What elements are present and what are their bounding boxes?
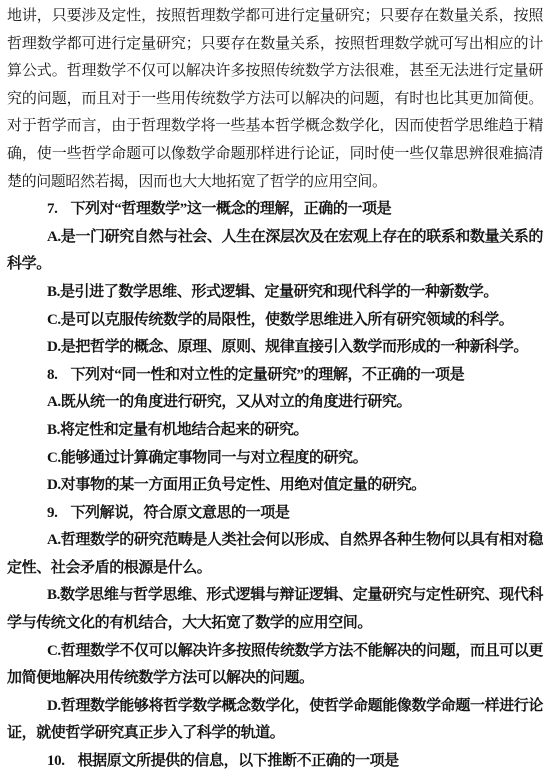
- question-8-number: 8.: [47, 367, 57, 383]
- scanned-exam-page: 地讲，只要涉及定性，按照哲理数学都可进行定量研究；只要存在数量关系，按照哲理数学…: [0, 0, 550, 778]
- question-9-option-c: C.哲理数学不仅可以解决许多按照传统数学方法不能解决的问题，而且可以更加简便地解…: [7, 638, 543, 693]
- question-9-option-a: A.哲理数学的研究范畴是人类社会何以形成、自然界各种生物何以具有相对稳定性、社会…: [7, 527, 543, 582]
- question-7-number: 7.: [47, 201, 57, 217]
- question-7-option-a: A.是一门研究自然与社会、人生在深层次及在宏观上存在的联系和数量关系的科学。: [7, 224, 543, 279]
- question-8-text: 下列对“同一性和对立性的定量研究”的理解，不正确的一项是: [70, 367, 464, 383]
- question-7-option-d: D.是把哲学的概念、原理、原则、规律直接引入数学而形成的一种新科学。: [7, 334, 543, 362]
- question-7-stem: 7.下列对“哲理数学”这一概念的理解，正确的一项是: [7, 196, 543, 224]
- question-9-stem: 9.下列解说，符合原文意思的一项是: [7, 500, 543, 528]
- question-10-number: 10.: [47, 753, 65, 769]
- question-10-text: 根据原文所提供的信息，以下推断不正确的一项是: [78, 753, 399, 769]
- question-9-number: 9.: [47, 505, 57, 521]
- question-9-option-b: B.数学思维与哲学思维、形式逻辑与辩证逻辑、定量研究与定性研究、现代科学与传统文…: [7, 582, 543, 637]
- question-7-block: 7.下列对“哲理数学”这一概念的理解，正确的一项是 A.是一门研究自然与社会、人…: [7, 196, 543, 362]
- question-10-block: 10.根据原文所提供的信息，以下推断不正确的一项是: [7, 748, 543, 776]
- question-10-stem: 10.根据原文所提供的信息，以下推断不正确的一项是: [7, 748, 543, 776]
- question-8-option-a: A.既从统一的角度进行研究，又从对立的角度进行研究。: [7, 389, 543, 417]
- question-7-option-b: B.是引进了数学思维、形式逻辑、定量研究和现代科学的一种新数学。: [7, 279, 543, 307]
- question-7-option-c: C.是可以克服传统数学的局限性，使数学思维进入所有研究领域的科学。: [7, 307, 543, 335]
- question-8-option-c: C.能够通过计算确定事物同一与对立程度的研究。: [7, 445, 543, 473]
- question-8-stem: 8.下列对“同一性和对立性的定量研究”的理解，不正确的一项是: [7, 362, 543, 390]
- question-9-text: 下列解说，符合原文意思的一项是: [70, 505, 289, 521]
- question-8-option-b: B.将定性和定量有机地结合起来的研究。: [7, 417, 543, 445]
- question-9-option-d: D.哲理数学能够将哲学数学概念数学化，使哲学命题能像数学命题一样进行论证，就使哲…: [7, 693, 543, 748]
- question-8-block: 8.下列对“同一性和对立性的定量研究”的理解，不正确的一项是 A.既从统一的角度…: [7, 362, 543, 500]
- question-9-block: 9.下列解说，符合原文意思的一项是 A.哲理数学的研究范畴是人类社会何以形成、自…: [7, 500, 543, 748]
- question-8-option-d: D.对事物的某一方面用正负号定性、用绝对值定量的研究。: [7, 472, 543, 500]
- passage-paragraph: 地讲，只要涉及定性，按照哲理数学都可进行定量研究；只要存在数量关系，按照哲理数学…: [7, 3, 543, 196]
- question-7-text: 下列对“哲理数学”这一概念的理解，正确的一项是: [70, 201, 391, 217]
